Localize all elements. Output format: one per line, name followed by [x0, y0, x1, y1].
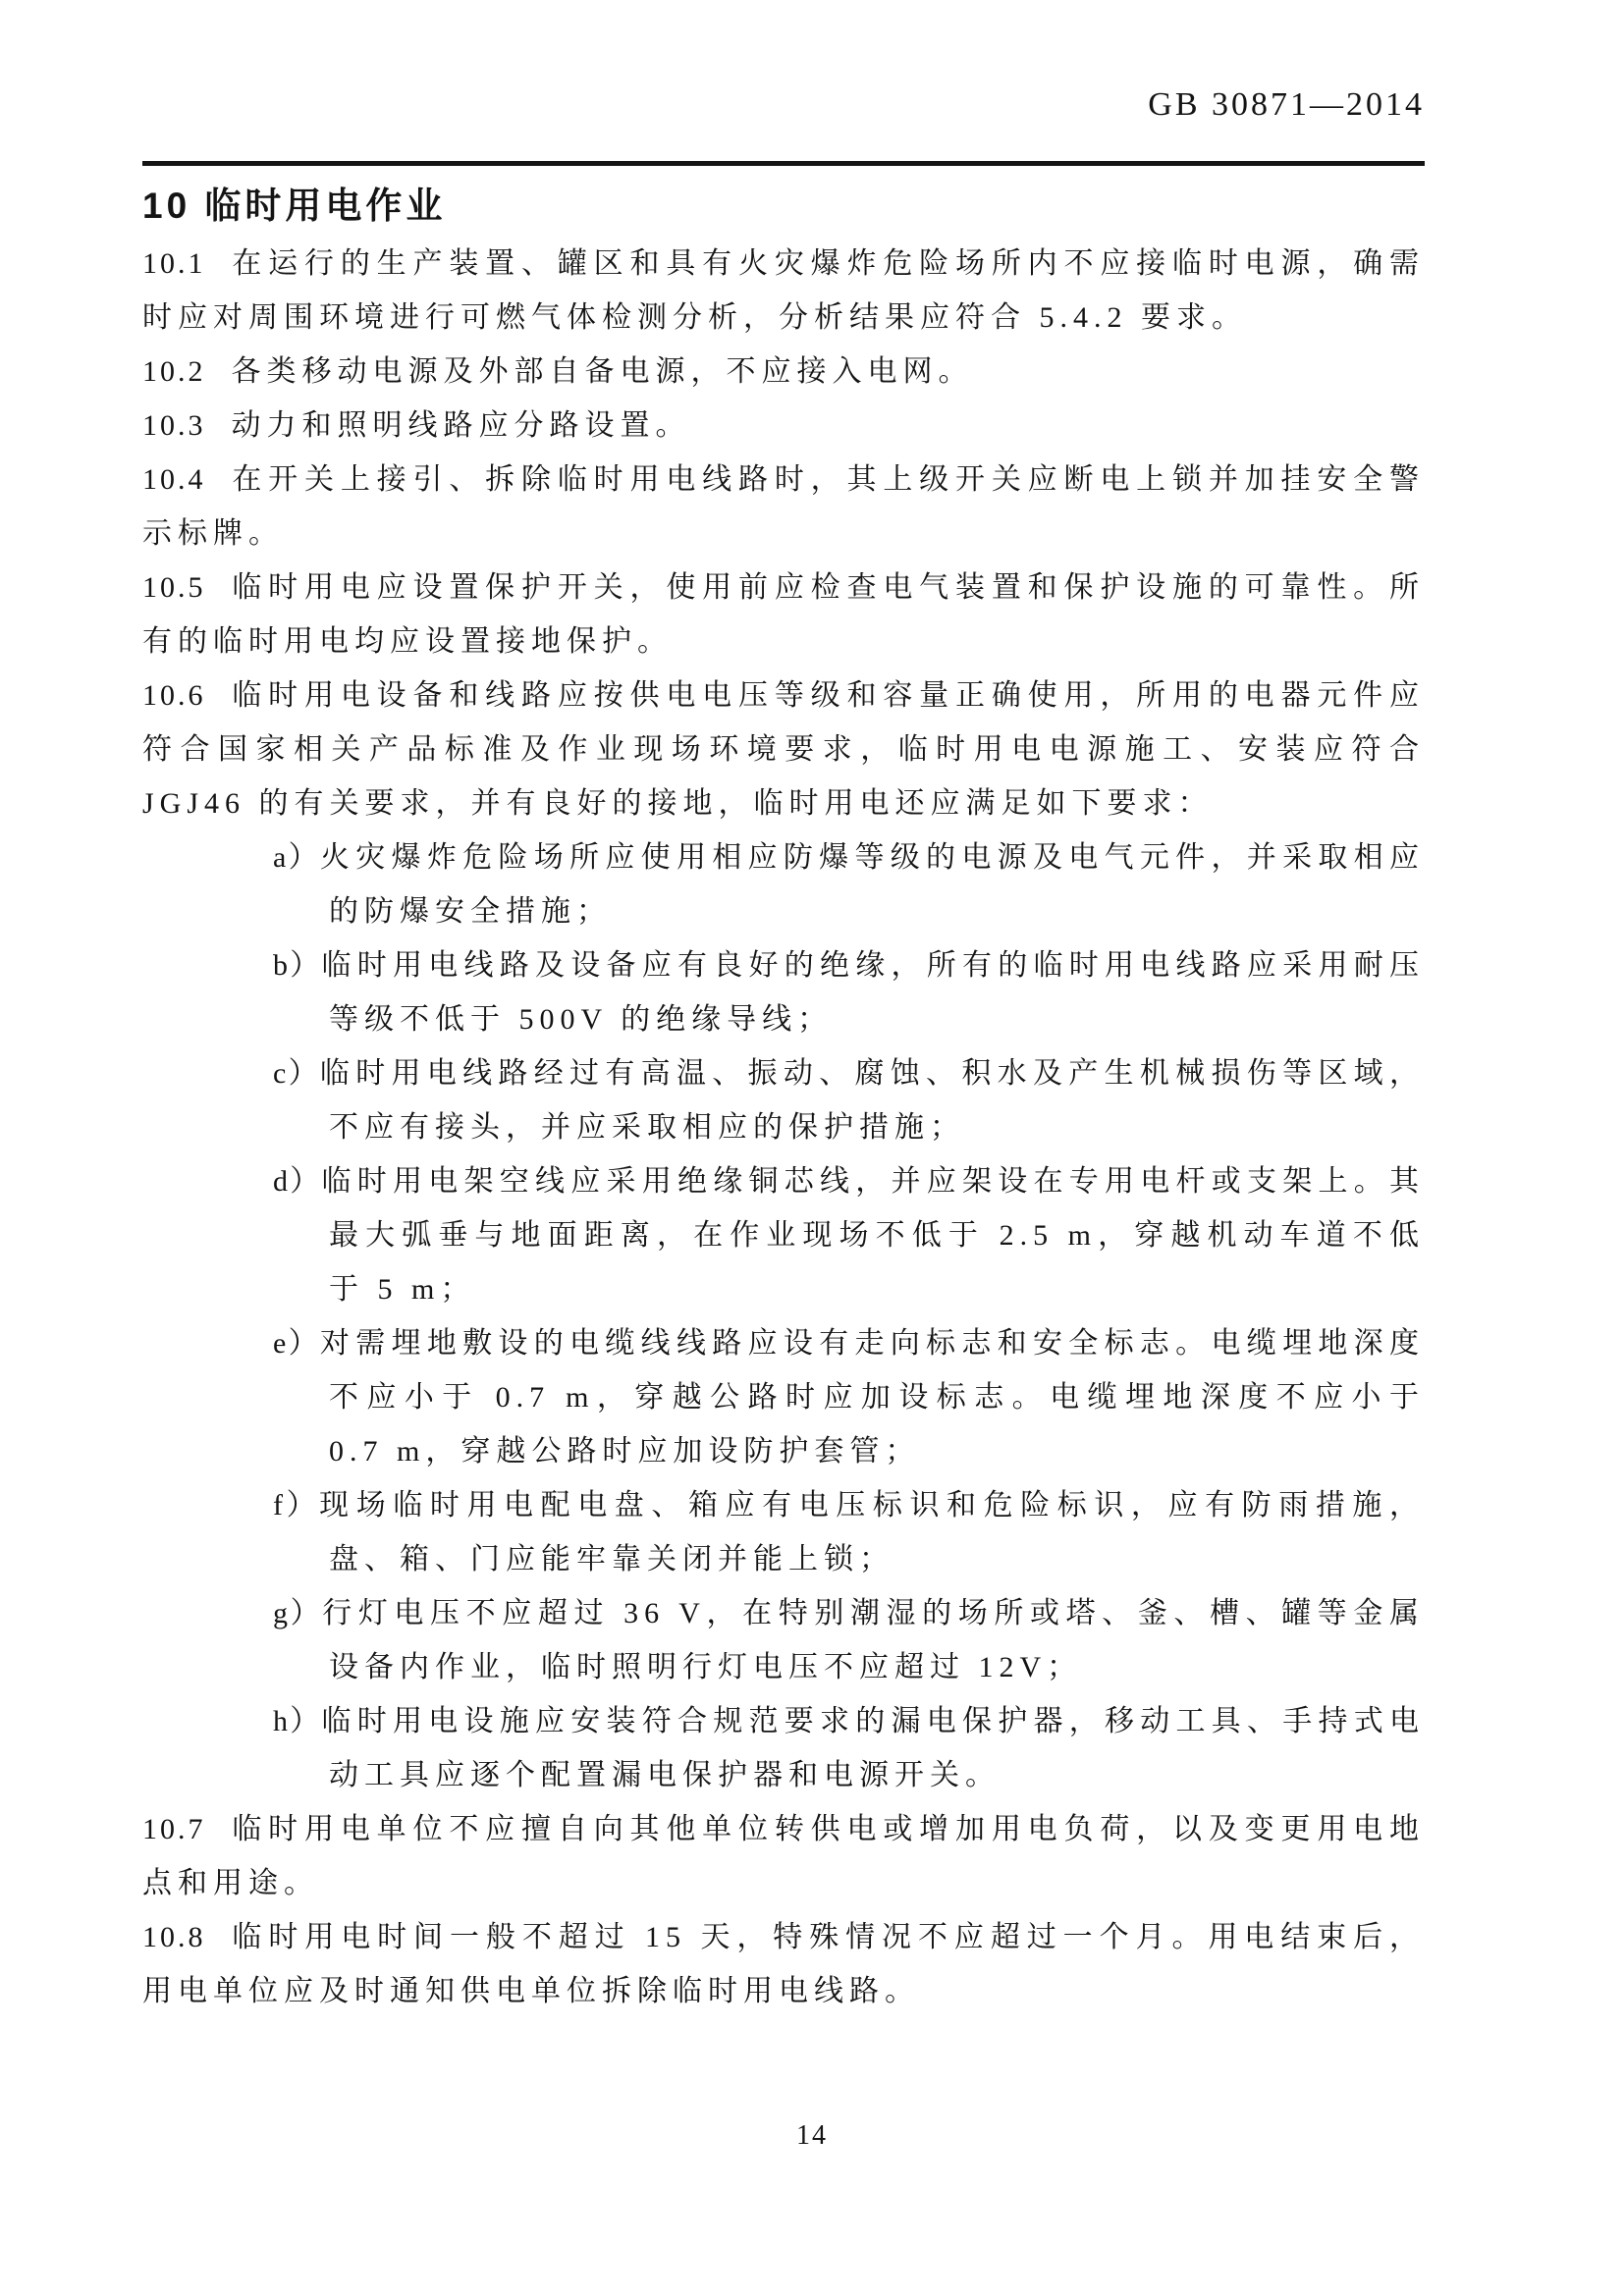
clause-10-5: 10.5临时用电应设置保护开关，使用前应检查电气装置和保护设施的可靠性。所有的临…	[142, 561, 1425, 668]
clause-number: 10.7	[142, 1813, 206, 1845]
subitem-text: 临时用电设施应安装符合规范要求的漏电保护器，移动工具、手持式电动工具应逐个配置漏…	[322, 1705, 1426, 1791]
clause-number: 10.3	[142, 409, 206, 442]
clause-text: 各类移动电源及外部自备电源，不应接入电网。	[232, 355, 974, 388]
subitem-h: h）临时用电设施应安装符合规范要求的漏电保护器，移动工具、手持式电动工具应逐个配…	[142, 1694, 1425, 1802]
clause-10-4: 10.4在开关上接引、拆除临时用电线路时，其上级开关应断电上锁并加挂安全警示标牌…	[142, 453, 1425, 561]
clause-number: 10.6	[142, 679, 206, 712]
subitem-text: 火灾爆炸危险场所应使用相应防爆等级的电源及电气元件，并采取相应的防爆安全措施；	[320, 841, 1425, 928]
subitem-b: b）临时用电线路及设备应有良好的绝缘，所有的临时用电线路应采用耐压等级不低于 5…	[142, 938, 1425, 1046]
subitem-text: 对需埋地敷设的电缆线线路应设有走向标志和安全标志。电缆埋地深度不应小于 0.7 …	[320, 1327, 1425, 1468]
clause-10-6: 10.6临时用电设备和线路应按供电电压等级和容量正确使用，所用的电器元件应符合国…	[142, 668, 1425, 830]
clause-number: 10.5	[142, 571, 206, 604]
clause-number: 10.1	[142, 247, 206, 280]
subitem-f: f）现场临时用电配电盘、箱应有电压标识和危险标识，应有防雨措施，盘、箱、门应能牢…	[142, 1478, 1425, 1586]
clause-10-2: 10.2各类移动电源及外部自备电源，不应接入电网。	[142, 345, 1425, 399]
clause-number: 10.2	[142, 355, 206, 388]
subitem-text: 现场临时用电配电盘、箱应有电压标识和危险标识，应有防雨措施，盘、箱、门应能牢靠关…	[319, 1489, 1425, 1575]
subitem-label: d）	[273, 1165, 322, 1198]
clause-10-1: 10.1在运行的生产装置、罐区和具有火灾爆炸危险场所内不应接临时电源，确需时应对…	[142, 237, 1425, 345]
clause-10-8: 10.8临时用电时间一般不超过 15 天，特殊情况不应超过一个月。用电结束后，用…	[142, 1910, 1425, 2018]
clause-text: 临时用电单位不应擅自向其他单位转供电或增加用电负荷，以及变更用电地点和用途。	[142, 1813, 1425, 1899]
clause-10-7: 10.7临时用电单位不应擅自向其他单位转供电或增加用电负荷，以及变更用电地点和用…	[142, 1802, 1425, 1910]
subitem-label: a）	[273, 841, 320, 874]
clause-text: 在开关上接引、拆除临时用电线路时，其上级开关应断电上锁并加挂安全警示标牌。	[142, 463, 1425, 550]
section-heading: 10 临时用电作业	[142, 183, 1425, 230]
subitem-e: e）对需埋地敷设的电缆线线路应设有走向标志和安全标志。电缆埋地深度不应小于 0.…	[142, 1316, 1425, 1478]
clause-text: 临时用电应设置保护开关，使用前应检查电气装置和保护设施的可靠性。所有的临时用电均…	[142, 571, 1425, 658]
clause-text: 临时用电设备和线路应按供电电压等级和容量正确使用，所用的电器元件应符合国家相关产…	[142, 679, 1425, 820]
subitem-text: 临时用电架空线应采用绝缘铜芯线，并应架设在专用电杆或支架上。其最大弧垂与地面距离…	[322, 1165, 1426, 1306]
clause-text: 临时用电时间一般不超过 15 天，特殊情况不应超过一个月。用电结束后，用电单位应…	[142, 1921, 1425, 2007]
subitem-text: 临时用电线路经过有高温、振动、腐蚀、积水及产生机械损伤等区域，不应有接头，并应采…	[320, 1057, 1425, 1144]
subitem-text: 行灯电压不应超过 36 V，在特别潮湿的场所或塔、釜、槽、罐等金属设备内作业，临…	[322, 1597, 1425, 1683]
header-rule	[142, 161, 1425, 166]
subitem-label: b）	[273, 949, 322, 982]
subitem-g: g）行灯电压不应超过 36 V，在特别潮湿的场所或塔、釜、槽、罐等金属设备内作业…	[142, 1586, 1425, 1694]
subitem-c: c）临时用电线路经过有高温、振动、腐蚀、积水及产生机械损伤等区域，不应有接头，并…	[142, 1046, 1425, 1154]
subitem-a: a）火灾爆炸危险场所应使用相应防爆等级的电源及电气元件，并采取相应的防爆安全措施…	[142, 830, 1425, 938]
subitem-d: d）临时用电架空线应采用绝缘铜芯线，并应架设在专用电杆或支架上。其最大弧垂与地面…	[142, 1154, 1425, 1316]
clause-number: 10.4	[142, 463, 206, 496]
clause-10-3: 10.3动力和照明线路应分路设置。	[142, 399, 1425, 453]
section-body: 10.1在运行的生产装置、罐区和具有火灾爆炸危险场所内不应接临时电源，确需时应对…	[142, 237, 1425, 2018]
subitem-label: g）	[273, 1597, 322, 1629]
clause-text: 动力和照明线路应分路设置。	[232, 409, 691, 442]
subitem-label: h）	[273, 1705, 322, 1737]
subitem-text: 临时用电线路及设备应有良好的绝缘，所有的临时用电线路应采用耐压等级不低于 500…	[322, 949, 1426, 1036]
subitem-label: c）	[273, 1057, 320, 1090]
subitem-label: f）	[273, 1489, 319, 1522]
standard-code: GB 30871—2014	[142, 0, 1425, 126]
document-page: GB 30871—2014 10 临时用电作业 10.1在运行的生产装置、罐区和…	[0, 0, 1624, 2296]
clause-text: 在运行的生产装置、罐区和具有火灾爆炸危险场所内不应接临时电源，确需时应对周围环境…	[142, 247, 1425, 334]
clause-number: 10.8	[142, 1921, 206, 1953]
page-number: 14	[0, 2120, 1624, 2152]
page-content: GB 30871—2014 10 临时用电作业 10.1在运行的生产装置、罐区和…	[142, 0, 1425, 2018]
subitem-label: e）	[273, 1327, 320, 1360]
